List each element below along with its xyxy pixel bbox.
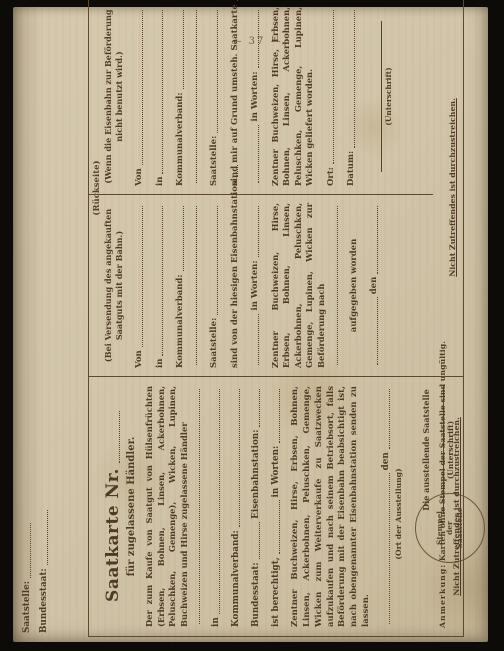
- in-label: in: [155, 359, 166, 368]
- back-right-datum-row: Datum:: [346, 7, 357, 186]
- anmerkung-label: Anmerkung:: [438, 564, 447, 628]
- in-label: in: [155, 177, 166, 186]
- back-right-in-row: in: [155, 7, 166, 186]
- anmerkung-note: Anmerkung: Karten ohne Stempel der Saats…: [438, 385, 447, 628]
- bundesstaat-label: Bundesstaat:: [251, 562, 262, 627]
- front-intro-paragraph: Der zum Kaufe von Saatgut von Hülsenfrüc…: [144, 386, 190, 627]
- back-right-von-row: Von: [134, 7, 145, 186]
- bundesstaat-header-label: Bundesstaat:: [39, 568, 50, 633]
- saatstelle-label: Saatstelle:: [209, 136, 220, 186]
- von-line: [142, 206, 143, 347]
- den-label: den: [381, 452, 392, 470]
- card-title: Saatkarte Nr.: [103, 468, 123, 602]
- in-worten-line-b: [258, 10, 259, 68]
- back-left-paragraph: Zentner Buchweizen, Hirse, Erbsen, Bohne…: [270, 203, 327, 368]
- eisenbahnstation-line: [259, 389, 260, 427]
- date-line: [377, 206, 378, 274]
- saatstelle-header-label: Saatstelle:: [22, 581, 33, 633]
- ort-line: [333, 10, 334, 164]
- ort-der-ausstellung-label: (Ort der Ausstellung): [394, 439, 403, 589]
- saatkarte-line: [237, 0, 238, 1]
- bundesstaat-header-line: [47, 510, 48, 565]
- amount-line: [279, 500, 280, 554]
- back-left-saatstelle-row: Saatstelle:: [209, 203, 220, 368]
- eisenbahnstation-label: Eisenbahnstation:: [251, 430, 262, 519]
- place-date-row: den: [381, 386, 392, 627]
- in-worten-line-a: [258, 314, 259, 365]
- von-label: Von: [134, 168, 145, 186]
- in-label: in: [211, 617, 222, 627]
- kommunalverband-label: Kommunalverband:: [175, 275, 186, 369]
- issuer-label: Die ausstellende Saatstelle: [421, 386, 431, 514]
- saatstelle-line: [217, 10, 218, 133]
- saatkarte-card: Saatkarte Nr. für zugelassene Händler. D…: [88, 0, 464, 637]
- back-left-in-row: in: [155, 203, 166, 368]
- in-worten-label: in Worten:: [250, 260, 261, 310]
- place-line: [389, 473, 390, 624]
- back-right-column: (Wenn die Eisenbahn zur Beförderung nich…: [89, 0, 433, 194]
- continuation-line: [196, 206, 197, 365]
- back-right-paragraph: Zentner Buchweizen, Hirse, Erbsen, Bohne…: [270, 7, 316, 186]
- saatstelle-header-line: [30, 523, 31, 578]
- merchant-name-line: [199, 389, 200, 624]
- in-worten-label: in Worten:: [271, 446, 282, 498]
- bundesstaat-line: [259, 522, 260, 560]
- back-strike-note: Nicht Zutreffendes ist durchzustreichen.: [448, 0, 457, 376]
- back-right-ort-row: Ort:: [326, 7, 337, 186]
- in-worten-label: in Worten:: [250, 71, 261, 121]
- back-right-heading: (Wenn die Eisenbahn zur Beförderung nich…: [103, 7, 124, 186]
- von-label: Von: [134, 350, 145, 368]
- kommunalverband-line: [183, 206, 184, 272]
- kommunalverband-label: Kommunalverband:: [175, 93, 186, 187]
- bundesstaat-station-row: Bundesstaat: Eisenbahnstation:: [251, 386, 262, 627]
- merchant-place-line: [219, 389, 220, 614]
- front-authorization-paragraph: Zentner Buchweizen, Hirse, Erbsen, Bohne…: [290, 386, 372, 627]
- back-left-von-row: Von: [134, 203, 145, 368]
- datum-label: Datum:: [346, 151, 357, 186]
- anmerkung-text: Karten ohne Stempel der Saatstelle sind …: [438, 341, 447, 561]
- place-line: [377, 297, 378, 365]
- front-back-divider: [89, 376, 463, 377]
- signature-line: [371, 21, 382, 172]
- back-left-destination-row: [337, 203, 340, 368]
- saatstelle-label: Saatstelle:: [209, 318, 220, 368]
- card-number-line: [119, 411, 120, 463]
- continuation-line: [196, 10, 197, 183]
- den-label: den: [369, 277, 380, 295]
- title-row: Saatkarte Nr.: [103, 386, 123, 627]
- in-worten-line: [279, 389, 280, 443]
- signature-area: Stempel der Saatstelle Die ausstellende …: [405, 386, 491, 627]
- rotated-form: Saatstelle: Bundesstaat: Saatkarte Nr. f…: [0, 0, 504, 651]
- back-left-place-date-row: den: [369, 203, 380, 368]
- page-header-fields: Saatstelle: Bundesstaat:: [22, 458, 56, 633]
- back-right-kommunalverband-row: Kommunalverband:: [175, 7, 186, 186]
- berechtigt-label: ist berechtigt,: [271, 557, 282, 627]
- saatkarte-text: sind mir auf Grund umsteh. Saatkarte: [230, 4, 241, 186]
- unterschrift-label: (Unterschrift): [384, 21, 393, 172]
- ort-label: Ort:: [326, 167, 337, 186]
- datum-line: [354, 10, 355, 148]
- card-front-side: Saatkarte Nr. für zugelassene Händler. D…: [89, 377, 463, 636]
- back-left-station-row: sind von der hiesigen Eisenbahnstation: [230, 203, 241, 368]
- berechtigt-row: ist berechtigt, in Worten:: [271, 386, 282, 627]
- card-subtitle: für zugelassene Händler.: [126, 386, 137, 627]
- merchant-name-row: [199, 386, 202, 627]
- back-right-signature-block: (Unterschrift): [371, 7, 393, 186]
- bundesstaat-header-row: Bundesstaat:: [39, 458, 50, 633]
- in-line: [162, 206, 163, 356]
- kommunalverband-line: [239, 389, 240, 527]
- in-worten-line-a: [258, 125, 259, 183]
- back-right-continuation-row: [196, 7, 199, 186]
- destination-line: [337, 206, 338, 365]
- back-left-kommunalverband-row: Kommunalverband:: [175, 203, 186, 368]
- date-line: [389, 389, 390, 449]
- back-left-heading: (Bei Versendung des angekauften Saatguts…: [103, 203, 124, 368]
- front-strike-note: Nicht Zutreffendes ist durchzustreichen.: [452, 407, 461, 606]
- merchant-place-row: in: [211, 386, 222, 627]
- in-line: [162, 10, 163, 174]
- back-left-column: (Bei Versendung des angekauften Saatguts…: [89, 195, 433, 376]
- back-right-in-worten-row: in Worten:: [250, 7, 261, 186]
- kommunalverband-line: [183, 10, 184, 90]
- back-right-saatstelle-row: Saatstelle:: [209, 7, 220, 186]
- back-left-continuation-row: [196, 203, 199, 368]
- back-right-saatkarte-row: sind mir auf Grund umsteh. Saatkarte: [230, 7, 241, 186]
- in-worten-line-b: [258, 206, 259, 257]
- kommunalverband-row: Kommunalverband:: [231, 386, 242, 627]
- aufgegeben-worden-label: aufgegeben worden: [349, 203, 359, 368]
- kommunalverband-label: Kommunalverband:: [231, 530, 242, 627]
- back-left-in-worten-row: in Worten:: [250, 203, 261, 368]
- station-text: sind von der hiesigen Eisenbahnstation: [230, 180, 241, 368]
- von-line: [142, 10, 143, 165]
- scanned-book-page: { "page": { "number": "— 37 —", "header"…: [0, 0, 504, 651]
- back-columns-divider: [89, 194, 433, 195]
- saatstelle-line: [217, 206, 218, 315]
- saatstelle-header-row: Saatstelle:: [22, 458, 33, 633]
